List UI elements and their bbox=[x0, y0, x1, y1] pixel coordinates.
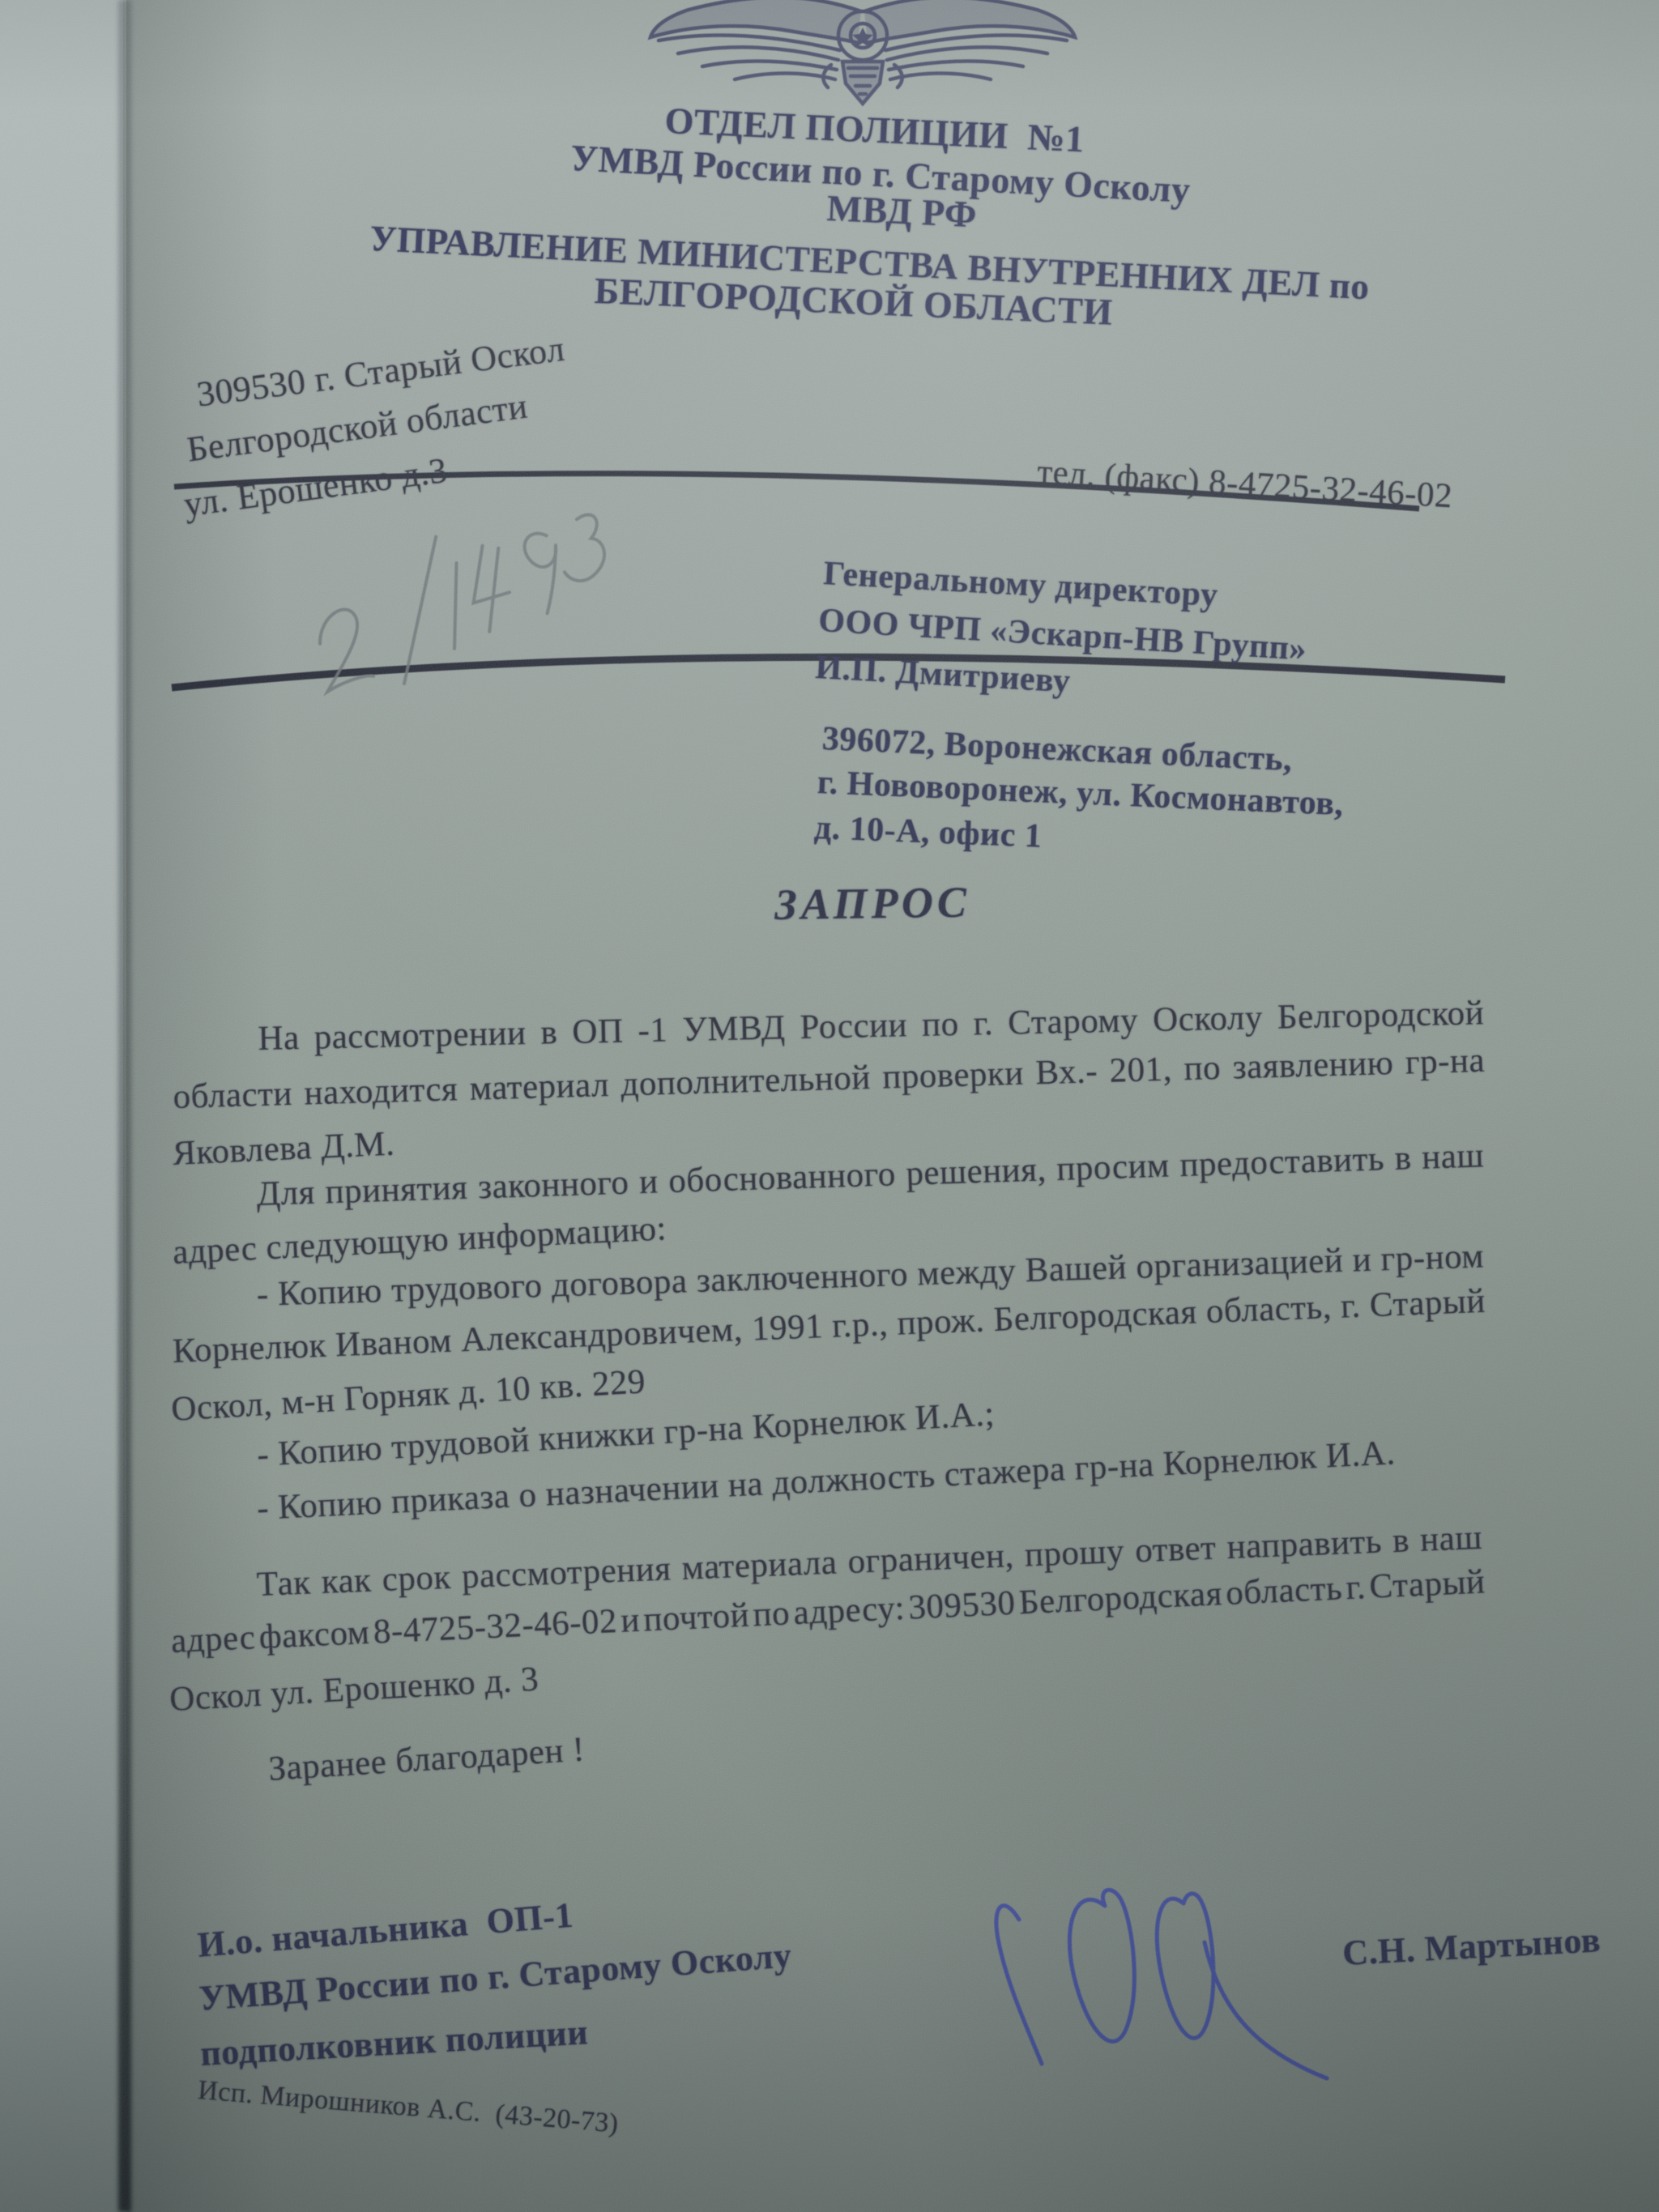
pencil-note-2-1493 bbox=[219, 433, 645, 711]
handwriting-layer bbox=[0, 0, 1659, 2212]
document-page: ОТДЕЛ ПОЛИЦИИ №1УМВД России по г. Старом… bbox=[0, 0, 1659, 2212]
photo-of-document: { "meta": { "kind": "photograph of a pap… bbox=[0, 0, 1659, 2212]
signature-scribble bbox=[962, 1861, 1351, 2080]
